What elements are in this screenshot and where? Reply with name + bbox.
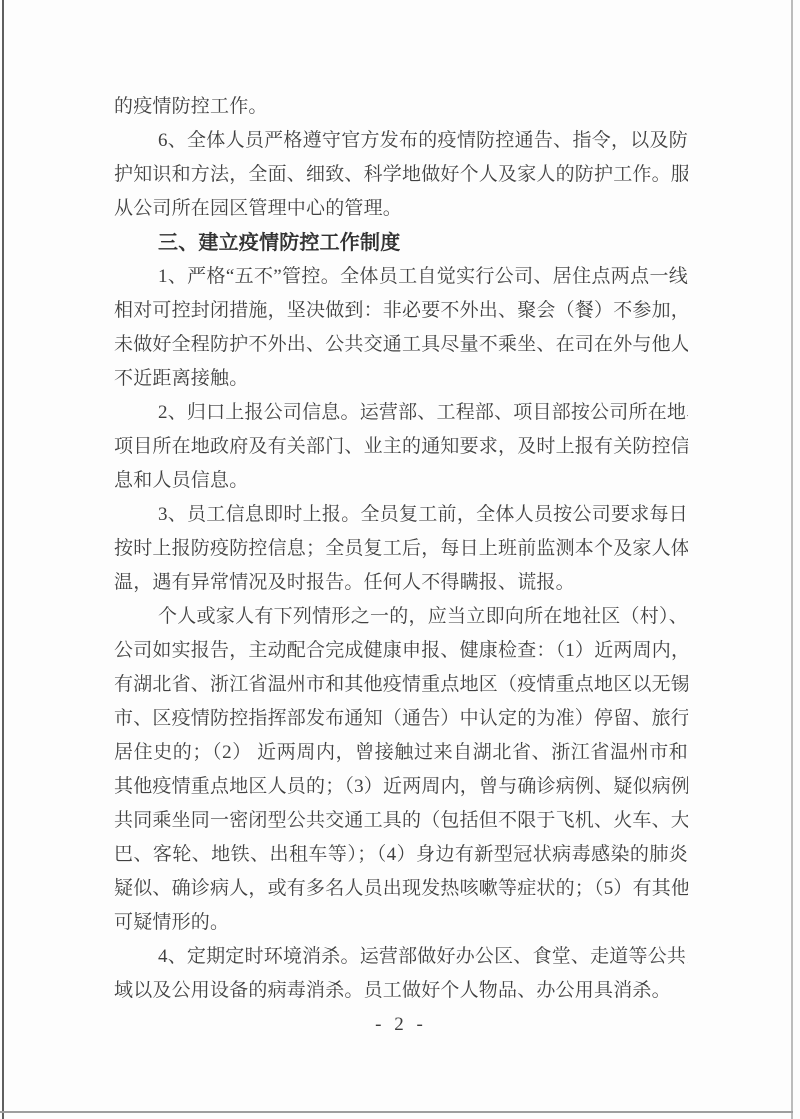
paragraph: 6、全体人员严格遵守官方发布的疫情防控通告、指令，以及防护知识和方法，全面、细致… bbox=[114, 124, 688, 226]
text-line: 公司如实报告，主动配合完成健康申报、健康检查：（1）近两周内， bbox=[114, 634, 688, 668]
text-line: 域以及公用设备的病毒消杀。员工做好个人物品、办公用具消杀。 bbox=[114, 974, 688, 1008]
paragraph: 的疫情防控工作。 bbox=[114, 90, 688, 124]
text-line: 居住史的；（2） 近两周内，曾接触过来自湖北省、浙江省温州市和 bbox=[114, 736, 688, 770]
text-line: 3、员工信息即时上报。全员复工前，全体人员按公司要求每日 bbox=[114, 498, 688, 532]
text-line: 可疑情形的。 bbox=[114, 906, 688, 940]
text-line: 按时上报防疫防控信息；全员复工后，每日上班前监测本个及家人体 bbox=[114, 532, 688, 566]
text-line: 个人或家人有下列情形之一的，应当立即向所在地社区（村）、 bbox=[114, 600, 688, 634]
text-line: 2、归口上报公司信息。运营部、工程部、项目部按公司所在地、 bbox=[114, 396, 688, 430]
text-line: 息和人员信息。 bbox=[114, 464, 688, 498]
text-line: 其他疫情重点地区人员的；（3）近两周内，曾与确诊病例、疑似病例 bbox=[114, 770, 688, 804]
scan-right-edge bbox=[791, 0, 793, 1119]
text-line: 三、建立疫情防控工作制度 bbox=[114, 226, 688, 260]
text-line: 的疫情防控工作。 bbox=[114, 90, 688, 124]
text-line: 1、严格“五不”管控。全体员工自觉实行公司、居住点两点一线 bbox=[114, 260, 688, 294]
text-line: 6、全体人员严格遵守官方发布的疫情防控通告、指令，以及防 bbox=[114, 124, 688, 158]
text-line: 相对可控封闭措施，坚决做到：非必要不外出、聚会（餐）不参加， bbox=[114, 294, 688, 328]
paragraph: 4、定期定时环境消杀。运营部做好办公区、食堂、走道等公共区域以及公用设备的病毒消… bbox=[114, 940, 688, 1008]
text-line: 4、定期定时环境消杀。运营部做好办公区、食堂、走道等公共区 bbox=[114, 940, 688, 974]
text-line: 项目所在地政府及有关部门、业主的通知要求，及时上报有关防控信 bbox=[114, 430, 688, 464]
text-line: 护知识和方法，全面、细致、科学地做好个人及家人的防护工作。服 bbox=[114, 158, 688, 192]
paragraph: 1、严格“五不”管控。全体员工自觉实行公司、居住点两点一线相对可控封闭措施，坚决… bbox=[114, 260, 688, 396]
paragraph: 3、员工信息即时上报。全员复工前，全体人员按公司要求每日按时上报防疫防控信息；全… bbox=[114, 498, 688, 600]
page-number: - 2 - bbox=[114, 1014, 688, 1036]
text-line: 不近距离接触。 bbox=[114, 362, 688, 396]
document-page: 的疫情防控工作。6、全体人员严格遵守官方发布的疫情防控通告、指令，以及防护知识和… bbox=[0, 0, 800, 1119]
scan-bottom-edge bbox=[0, 1111, 793, 1113]
text-line: 有湖北省、浙江省温州市和其他疫情重点地区（疫情重点地区以无锡 bbox=[114, 668, 688, 702]
text-line: 未做好全程防护不外出、公共交通工具尽量不乘坐、在司在外与他人 bbox=[114, 328, 688, 362]
text-line: 市、区疫情防控指挥部发布通知（通告）中认定的为准）停留、旅行、 bbox=[114, 702, 688, 736]
document-body: 的疫情防控工作。6、全体人员严格遵守官方发布的疫情防控通告、指令，以及防护知识和… bbox=[114, 90, 688, 1008]
paragraph: 个人或家人有下列情形之一的，应当立即向所在地社区（村）、公司如实报告，主动配合完… bbox=[114, 600, 688, 940]
text-line: 共同乘坐同一密闭型公共交通工具的（包括但不限于飞机、火车、大 bbox=[114, 804, 688, 838]
paragraph: 2、归口上报公司信息。运营部、工程部、项目部按公司所在地、项目所在地政府及有关部… bbox=[114, 396, 688, 498]
text-line: 从公司所在园区管理中心的管理。 bbox=[114, 192, 688, 226]
text-line: 温，遇有异常情况及时报告。任何人不得瞒报、谎报。 bbox=[114, 566, 688, 600]
text-line: 巴、客轮、地铁、出租车等）；（4）身边有新型冠状病毒感染的肺炎 bbox=[114, 838, 688, 872]
text-line: 疑似、确诊病人，或有多名人员出现发热咳嗽等症状的；（5）有其他 bbox=[114, 872, 688, 906]
scan-left-edge bbox=[2, 0, 4, 1119]
section-heading: 三、建立疫情防控工作制度 bbox=[114, 226, 688, 260]
